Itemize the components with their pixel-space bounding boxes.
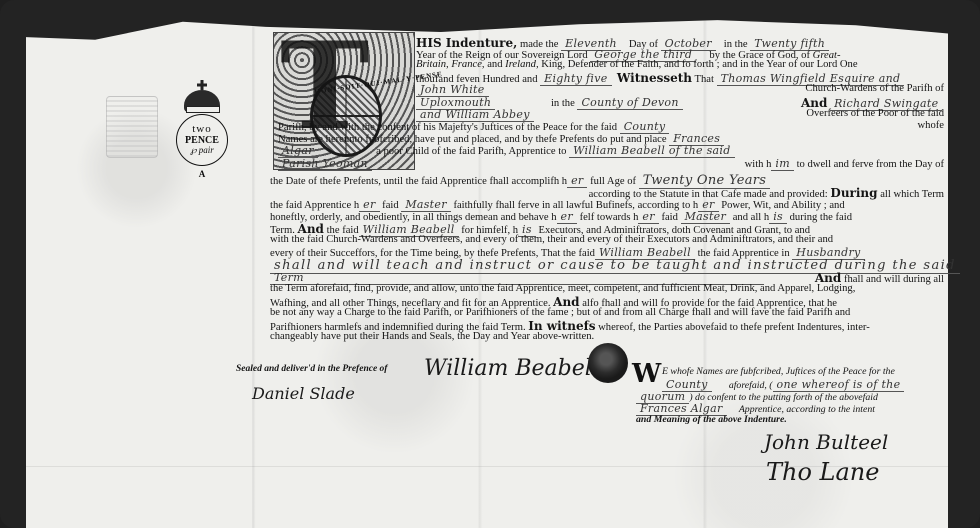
embossed-stamp-mark bbox=[106, 96, 158, 158]
indenture-line-10: Algar a poor Child of the faid Parifh, A… bbox=[278, 144, 735, 157]
stamp-letter: A bbox=[176, 169, 228, 179]
crown-icon bbox=[182, 80, 222, 114]
indenture-line-11: Parish Yeoman with him to dwell and ferv… bbox=[278, 157, 944, 170]
indenture-line-25: changeably have put their Hands and Seal… bbox=[270, 331, 594, 342]
stamp-circle: two PENCE ℘ pair bbox=[176, 114, 228, 166]
justices-line-5: and Meaning of the above Indenture. bbox=[636, 414, 787, 425]
justices-line-1: E whofe Names are fubfcribed, Juftices o… bbox=[662, 366, 895, 377]
indenture-line-23: be not any way a Charge to the faid Pari… bbox=[270, 307, 850, 318]
indenture-line-5: John White Church-Wardens of the Parifh … bbox=[416, 83, 944, 96]
filled-apprentice-last: Algar bbox=[278, 144, 318, 158]
filled-master-occupation: Parish Yeoman bbox=[278, 157, 372, 171]
justices-initial-letter: W bbox=[632, 359, 661, 389]
justice-signature-1: John Bulteel bbox=[764, 430, 888, 454]
indenture-line-17: with the faid Church-Wardens and Overfee… bbox=[270, 234, 833, 245]
indenture-line-21: the Term aforefaid, find, provide, and a… bbox=[270, 283, 855, 294]
document-viewer-frame: two PENCE ℘ pair A HONI·SOIT·QUI·MAL·Y·P… bbox=[0, 0, 980, 528]
justice-signature-2: Tho Lane bbox=[766, 458, 879, 486]
filled-churchwarden-2: John White bbox=[416, 83, 489, 97]
sealed-delivered-label: Sealed and deliver'd in the Prefence of bbox=[236, 364, 387, 374]
duty-stamp: two PENCE ℘ pair A bbox=[176, 80, 228, 179]
master-signature: William Beabell bbox=[424, 356, 599, 381]
filled-master: William Beabell of the said bbox=[569, 144, 734, 158]
witness-signature: Daniel Slade bbox=[252, 384, 355, 403]
indenture-line-3: Britain, France, and Ireland, King, Defe… bbox=[416, 59, 858, 70]
stamp-line3: ℘ pair bbox=[177, 146, 227, 155]
wax-seal bbox=[588, 343, 628, 383]
